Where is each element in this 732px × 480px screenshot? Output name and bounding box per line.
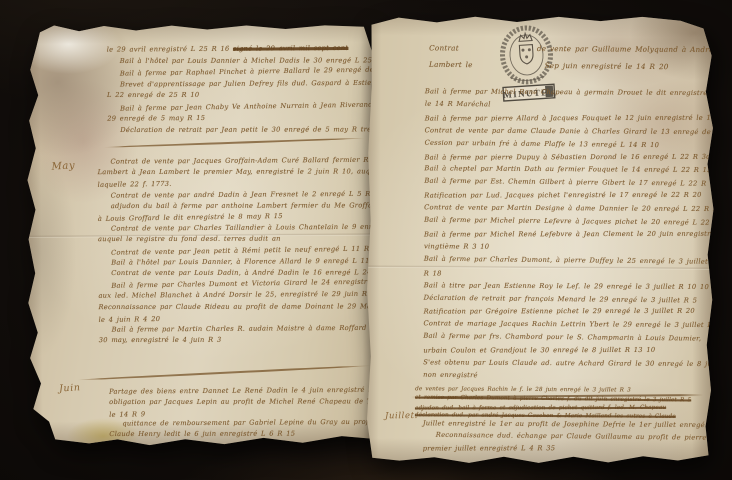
margin-note-juillet: Juillet. [385, 411, 418, 421]
manuscript-line: Claude Henry ledit le 6 juin enregistré … [109, 429, 371, 440]
june-section: Partage des biens entre Dannet Le René D… [109, 385, 371, 441]
manuscript-line: Déclaration de retrait par Jean petit le… [107, 124, 369, 136]
manuscript-line: R 18 [424, 266, 708, 280]
margin-note-juin: Juin [59, 382, 81, 394]
manuscript-line: premier juillet enregistré L 4 R 35 [423, 442, 707, 455]
manuscript-line: Bail à ferme par pierre Dupuy à Sébastie… [424, 150, 708, 164]
strikethrough-scribble: signé le 29 avril mil sept cent [233, 44, 348, 53]
right-page-wrap: MINUTE Juillet. Contratde vente par Guil… [366, 14, 714, 466]
manuscript-line: Bail à ferme par pierre Allard à Jacques… [425, 112, 709, 126]
section-divider-line [103, 137, 365, 148]
left-page: May Juin le 29 avril enregistré L 25 R 1… [19, 21, 378, 447]
manuscript-line: Cession par urbain fré à dame Plaffe le … [425, 136, 709, 152]
april-section: le 29 avril enregistré L 25 R 16 signé l… [107, 43, 370, 137]
manuscript-line: Ratification par Lud. Jacques pichet l'e… [424, 189, 708, 203]
may-section: Contrat de vente par Jacques Groffain-Ad… [97, 155, 374, 347]
manuscript-line-text: de vente par Guillaume Molyquand à André [537, 44, 714, 54]
manuscript-line: urbain Coulon et Grandjout le 30 enregé … [423, 344, 707, 358]
manuscript-line: 30 may, enregistré le 4 juin R 3 [99, 335, 375, 347]
manuscript-line-text: Sep juin enregistré le 14 R 20 [545, 61, 669, 71]
manuscript-line: Lambert leSep juin enregistré le 14 R 20 [429, 56, 713, 76]
manuscript-line: Bail à ferme par Michel René Lefebvre à … [424, 228, 708, 242]
right-header-lines: Contratde vente par Guillaume Molyquand … [429, 39, 714, 75]
right-main-lines: Bail à ferme par Michel René Chapeau à g… [423, 85, 709, 384]
manuscript-line: le 29 avril enregistré L 25 R 16 signé l… [107, 43, 369, 56]
right-page: MINUTE Juillet. Contratde vente par Guil… [365, 13, 716, 467]
manuscript-line-text: le 29 avril enregistré L 25 R 16 [107, 45, 230, 54]
section-divider-line [77, 365, 371, 382]
left-page-wrap: May Juin le 29 avril enregistré L 25 R 1… [20, 22, 376, 446]
manuscript-line-text: Lambert le [429, 60, 473, 69]
manuscript-line: non enregistré [423, 369, 707, 385]
margin-note-may: May [51, 160, 75, 172]
struck-manuscript-line: adjudon dud. bail à ferme et adjudicatio… [415, 403, 709, 413]
manuscript-photo: May Juin le 29 avril enregistré L 25 R 1… [0, 0, 732, 480]
manuscript-line-text: Contrat [429, 43, 459, 52]
right-tail-lines: Juillet enregistré le 1er au profit de J… [423, 417, 707, 455]
manuscript-line: Ratification par Grégoire Estienne piche… [424, 305, 708, 319]
